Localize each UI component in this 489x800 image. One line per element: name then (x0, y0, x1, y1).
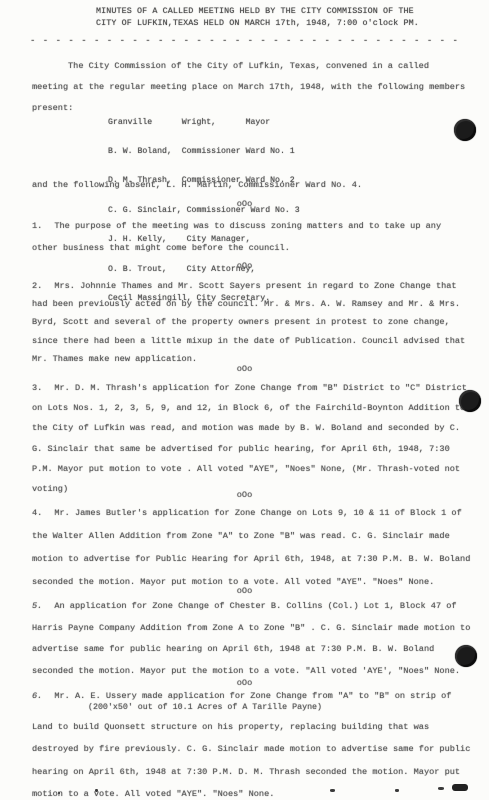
item-insert-note: (200'x50' out of 10.1 Acres of A Tarille… (88, 702, 472, 714)
scan-speck (395, 789, 399, 792)
item-text-rest: Land to build Quonsett structure on his … (32, 716, 472, 800)
minute-item-2: 2.Mrs. Johnnie Thames and Mr. Scott Saye… (32, 277, 472, 368)
section-separator: oOo (0, 678, 489, 688)
item-number: 3. (32, 383, 42, 393)
item-text: Mr. D. M. Thrash's application for Zone … (32, 383, 467, 494)
item-text: Mrs. Johnnie Thames and Mr. Scott Sayers… (32, 281, 465, 364)
document-header: MINUTES OF A CALLED MEETING HELD BY THE … (96, 6, 446, 29)
attendance-line-ward1: B. W. Boland, Commissioner Ward No. 1 (108, 147, 300, 157)
section-separator: oOo (0, 490, 489, 500)
section-separator: oOo (0, 261, 489, 271)
minute-item-3: 3.Mr. D. M. Thrash's application for Zon… (32, 378, 472, 499)
scanned-minutes-page: MINUTES OF A CALLED MEETING HELD BY THE … (0, 0, 489, 800)
section-separator: oOo (0, 199, 489, 209)
item-text: Mr. A. E. Ussery made application for Zo… (54, 691, 451, 701)
punch-hole-top (454, 119, 476, 141)
header-line-2: CITY OF LUFKIN,TEXAS HELD ON MARCH 17th,… (96, 18, 446, 30)
item-text: An application for Zone Change of Cheste… (32, 601, 470, 676)
absent-line: and the following absent, L. H. Martin, … (32, 180, 470, 190)
minute-item-4: 4.Mr. James Butler's application for Zon… (32, 502, 472, 594)
scan-speck (95, 789, 98, 792)
item-number: 1. (32, 221, 42, 231)
scan-smudge (452, 784, 468, 791)
section-separator: oOo (0, 364, 489, 374)
item-text: Mr. James Butler's application for Zone … (32, 508, 470, 587)
item-number: 5. (32, 601, 42, 611)
item-number: 2. (32, 281, 42, 291)
scan-speck (438, 787, 444, 790)
section-separator: oOo (0, 586, 489, 596)
header-line-1: MINUTES OF A CALLED MEETING HELD BY THE … (96, 6, 446, 18)
punch-hole-bottom (455, 645, 477, 667)
item-text: The purpose of the meeting was to discus… (32, 221, 441, 253)
minute-item-5: 5.An application for Zone Change of Ches… (32, 596, 472, 682)
attendance-line-mayor: Granville Wright, Mayor (108, 118, 300, 128)
scan-speck (58, 792, 60, 794)
scan-speck (330, 789, 335, 792)
typed-dashed-divider: - - - - - - - - - - - - - - - - - - - - … (30, 36, 458, 46)
item-number: 6. (32, 691, 42, 701)
minute-item-6: 6.Mr. A. E. Ussery made application for … (32, 690, 472, 800)
item-first-line: 6.Mr. A. E. Ussery made application for … (32, 690, 472, 702)
minute-item-1: 1.The purpose of the meeting was to disc… (32, 216, 472, 259)
item-number: 4. (32, 508, 42, 518)
punch-hole-middle (459, 390, 481, 412)
